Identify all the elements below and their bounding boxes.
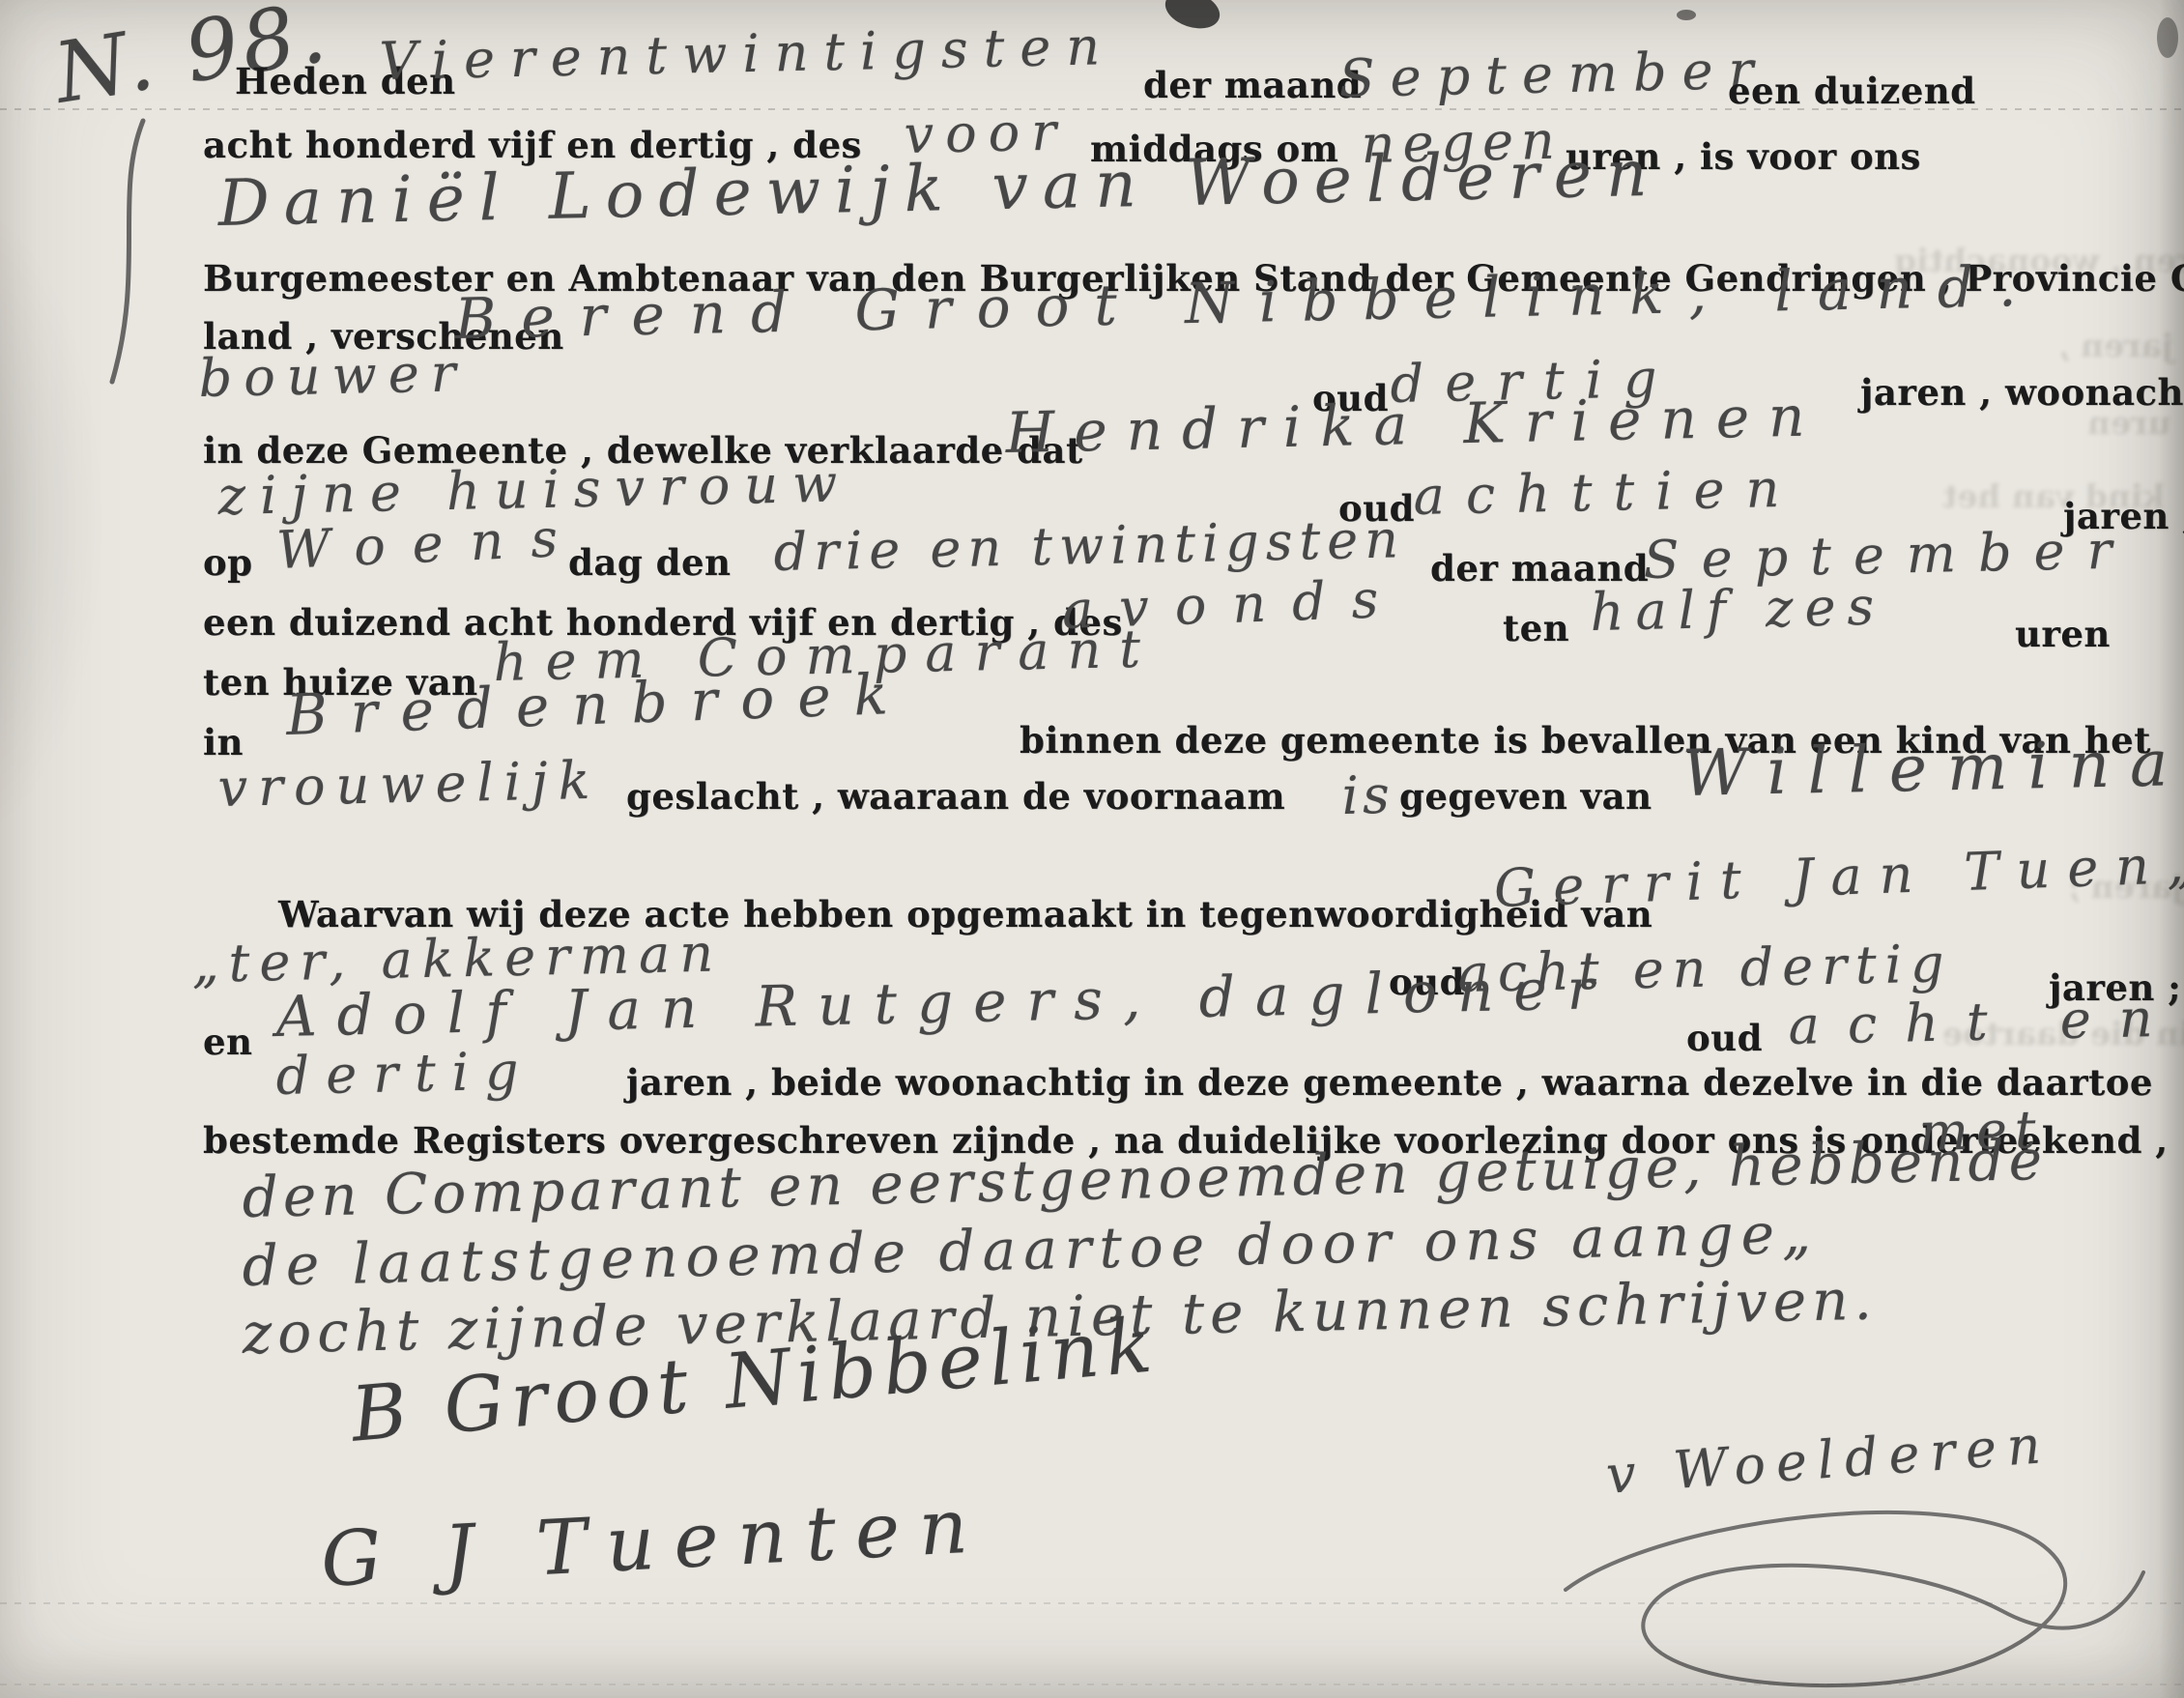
ink-speck-top: [1161, 0, 1224, 35]
printed-gegeven-van: gegeven van: [1399, 775, 1652, 818]
printed-geslacht-voornaam: geslacht , waaraan de voornaam: [626, 775, 1285, 818]
printed-uren: uren: [2015, 613, 2111, 655]
scanned-birth-record-page: jaren , woonachtig jaren , uren kind van…: [0, 0, 2184, 1698]
hw-month: September: [1338, 40, 1769, 109]
act-number-flourish: [75, 116, 182, 396]
hw-is: is: [1341, 764, 1394, 826]
signature-registrar: v Woelderen: [1604, 1414, 2054, 1506]
hw-witness1-name: Gerrit Jan Tuen„: [1493, 833, 2184, 919]
printed-op: op: [203, 541, 253, 584]
hw-witness2-age-b: dertig: [275, 1040, 535, 1107]
hw-declarant-occupation: bouwer: [198, 342, 468, 409]
hw-birth-time: half zes: [1590, 576, 1886, 643]
printed-jaren-woonachtig: jaren , woonachtig: [1860, 371, 2184, 414]
hw-day-ordinal: Vierentwintigsten: [379, 15, 1116, 92]
printed-oud-4: oud: [1686, 1017, 1763, 1059]
hw-witness2-age-a: acht en: [1788, 988, 2181, 1056]
hw-mother-age: achttien: [1413, 458, 1801, 527]
scan-line-edge: [0, 1684, 2184, 1685]
printed-jaren-beide: jaren , beide woonachtig in deze gemeent…: [626, 1061, 2153, 1104]
hw-gender: vrouwelijk: [217, 750, 601, 819]
bleedthrough-text: jaren ,: [2058, 327, 2173, 364]
printed-ten: ten: [1503, 607, 1569, 649]
printed-een-duizend: een duizend: [1728, 70, 1976, 112]
hw-weekday: Woens: [275, 506, 586, 581]
scan-smudge-left: [0, 193, 106, 850]
hw-mother-name: Hendrika Krienen: [1005, 383, 1825, 466]
ink-speck-corner: [2157, 17, 2178, 58]
registrar-signature-flourish: [1546, 1493, 2165, 1698]
signature-witness: G J Tuenten: [319, 1482, 989, 1604]
printed-en: en: [203, 1021, 252, 1063]
hw-child-name: Willemina: [1681, 726, 2184, 811]
printed-dag-den: dag den: [568, 541, 731, 584]
printed-der-maand: der maand: [1143, 64, 1362, 106]
ink-speck-small: [1677, 10, 1696, 20]
